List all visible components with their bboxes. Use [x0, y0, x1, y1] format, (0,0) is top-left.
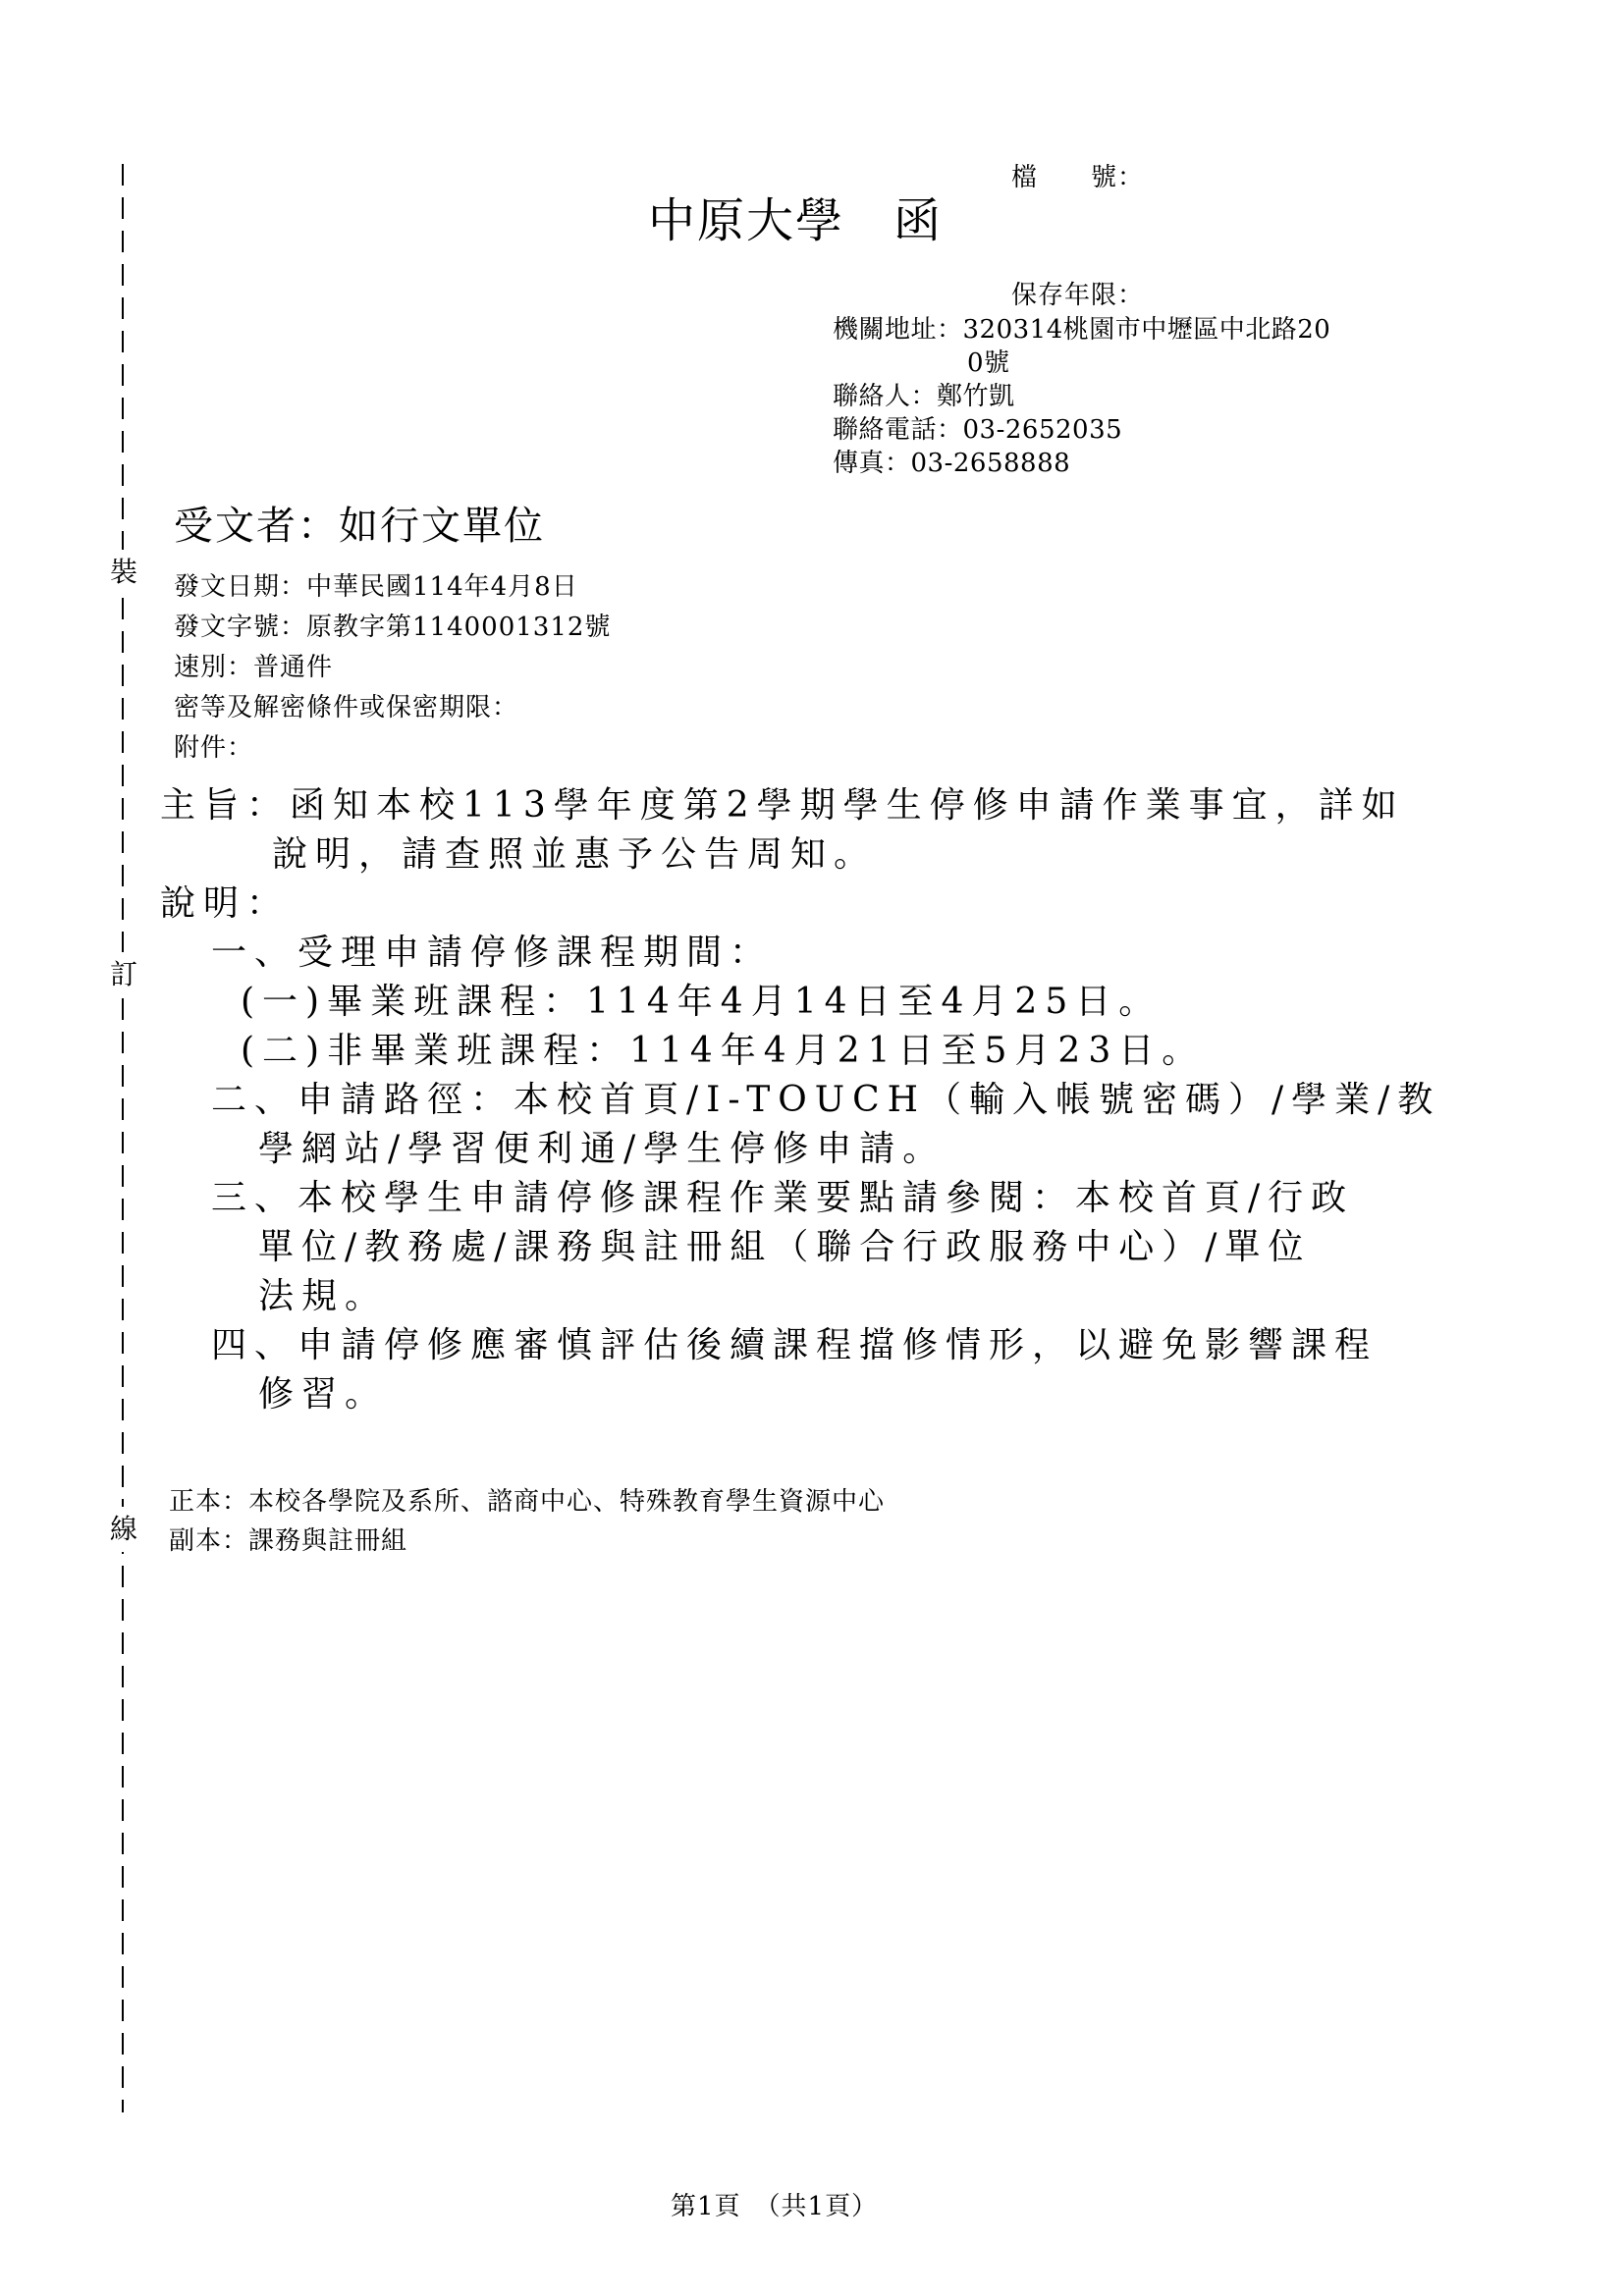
binding-char-zhuang: 裝 — [101, 550, 146, 595]
item-marker: 一、 — [211, 933, 298, 973]
subject-text: 函知本校113學年度第2學期學生停修申請作業事宜，詳如 — [290, 785, 1405, 826]
distribution-block: 正本：本校各學院及系所、諮商中心、特殊教育學生資源中心 副本：課務與註冊組 — [169, 1482, 885, 1561]
item-marker: 四、 — [211, 1325, 298, 1365]
item-marker: 三、 — [211, 1178, 298, 1218]
sender-fax: 傳真：03-2658888 — [833, 447, 1330, 480]
explanation-item-3-cont-2: 法規。 — [258, 1272, 1440, 1321]
explanation-item-3: 三、本校學生申請停修課程作業要點請參閱：本校首頁/行政 — [211, 1174, 1440, 1223]
binding-char-xian: 線 — [101, 1507, 146, 1552]
item-text: 受理申請停修課程期間： — [298, 933, 773, 973]
explanation-item-2: 二、申請路徑：本校首頁/I-TOUCH（輸入帳號密碼）/學業/教 — [211, 1076, 1440, 1125]
doc-number-line: 發文字號：原教字第1140001312號 — [174, 608, 611, 648]
sender-address-line2: 0號 — [967, 347, 1330, 380]
subitem-marker: (二) — [241, 1031, 327, 1071]
attachment-line: 附件： — [174, 728, 611, 769]
sender-contact-phone: 聯絡電話：03-2652035 — [833, 413, 1330, 447]
explanation-item-4-cont: 修習。 — [258, 1370, 1440, 1419]
subitem-text: 非畢業班課程：114年4月21日至5月23日。 — [327, 1031, 1205, 1071]
issue-date-line: 發文日期：中華民國114年4月8日 — [174, 567, 611, 608]
explanation-subitem-2: (二)非畢業班課程：114年4月21日至5月23日。 — [241, 1027, 1440, 1076]
security-class-line: 密等及解密條件或保密期限： — [174, 688, 611, 728]
item-text: 申請停修應審慎評估後續課程擋修情形，以避免影響課程 — [298, 1325, 1378, 1365]
item-text: 本校學生申請停修課程作業要點請參閱：本校首頁/行政 — [298, 1178, 1354, 1218]
doc-meta-block: 發文日期：中華民國114年4月8日 發文字號：原教字第1140001312號 速… — [174, 567, 611, 769]
original-copy-line: 正本：本校各學院及系所、諮商中心、特殊教育學生資源中心 — [169, 1482, 885, 1522]
official-letter-page: 裝 訂 線 檔 號： 保存年限： 中原大學 函 機關地址：320314桃園市中壢… — [0, 0, 1623, 2296]
retention-period-label: 保存年限： — [1011, 276, 1144, 315]
subject-label: 主旨： — [160, 785, 290, 826]
explanation-subitem-1: (一)畢業班課程：114年4月14日至4月25日。 — [241, 978, 1440, 1027]
explanation-item-1: 一、受理申請停修課程期間： — [211, 929, 1440, 978]
explanation-label: 說明： — [160, 880, 1440, 929]
file-number-label: 檔 號： — [1011, 158, 1144, 197]
page-footer: 第1頁 （共1頁） — [671, 2191, 878, 2222]
document-title: 中原大學 函 — [648, 183, 943, 250]
item-text: 申請路徑：本校首頁/I-TOUCH（輸入帳號密碼）/學業/教 — [298, 1080, 1440, 1120]
binding-char-ding: 訂 — [101, 952, 146, 997]
cc-copy-line: 副本：課務與註冊組 — [169, 1522, 885, 1561]
sender-info-block: 機關地址：320314桃園市中壢區中北路20 0號 聯絡人：鄭竹凱 聯絡電話：0… — [833, 313, 1330, 480]
sender-address-line1: 機關地址：320314桃園市中壢區中北路20 — [833, 313, 1330, 347]
explanation-item-3-cont-1: 單位/教務處/課務與註冊組（聯合行政服務中心）/單位 — [258, 1223, 1440, 1272]
explanation-item-2-cont: 學網站/學習便利通/學生停修申請。 — [258, 1125, 1440, 1174]
item-marker: 二、 — [211, 1080, 298, 1120]
sender-contact-person: 聯絡人：鄭竹凱 — [833, 380, 1330, 413]
subitem-text: 畢業班課程：114年4月14日至4月25日。 — [327, 982, 1162, 1022]
binding-dashed-line — [122, 164, 124, 2112]
subject-line-2: 說明，請查照並惠予公告周知。 — [272, 830, 1440, 880]
speed-class-line: 速別：普通件 — [174, 648, 611, 688]
document-body: 主旨：函知本校113學年度第2學期學生停修申請作業事宜，詳如 說明，請查照並惠予… — [0, 781, 1440, 1419]
subitem-marker: (一) — [241, 982, 327, 1022]
subject-line-1: 主旨：函知本校113學年度第2學期學生停修申請作業事宜，詳如 — [160, 781, 1440, 830]
recipient-line: 受文者：如行文單位 — [174, 503, 545, 550]
explanation-item-4: 四、申請停修應審慎評估後續課程擋修情形，以避免影響課程 — [211, 1321, 1440, 1370]
